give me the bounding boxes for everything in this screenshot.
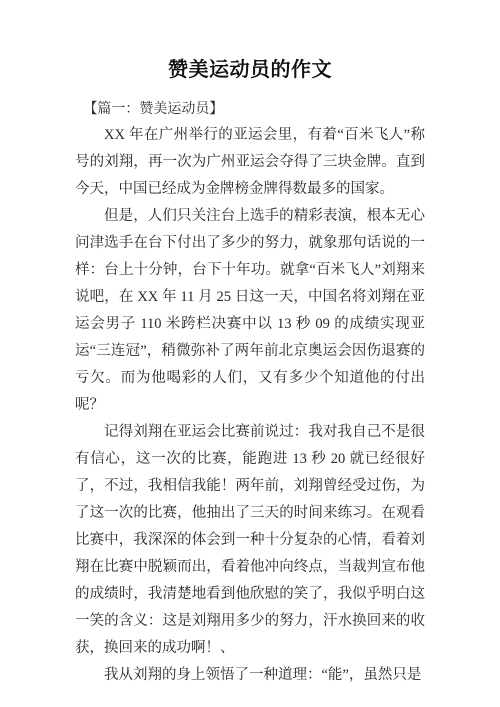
paragraph-3: 记得刘翔在亚运会比赛前说过：我对我自己不是很有信心，这一次的比赛，能跑进 13 …	[75, 419, 425, 662]
paragraph-1: XX 年在广州举行的亚运会里，有着“百米飞人”称号的刘翔，再一次为广州亚运会夺得…	[75, 122, 425, 203]
section-header: 【篇一：赞美运动员】	[75, 100, 425, 119]
document-title: 赞美运动员的作文	[0, 56, 500, 82]
document-body: 【篇一：赞美运动员】 XX 年在广州举行的亚运会里，有着“百米飞人”称号的刘翔，…	[75, 100, 425, 689]
paragraph-4: 我从刘翔的身上领悟了一种道理：“能”，虽然只是	[75, 662, 425, 689]
document-page: 赞美运动员的作文 【篇一：赞美运动员】 XX 年在广州举行的亚运会里，有着“百米…	[0, 0, 500, 707]
paragraph-2: 但是，人们只关注台上选手的精彩表演，根本无心问津选手在台下付出了多少的努力，就象…	[75, 203, 425, 419]
